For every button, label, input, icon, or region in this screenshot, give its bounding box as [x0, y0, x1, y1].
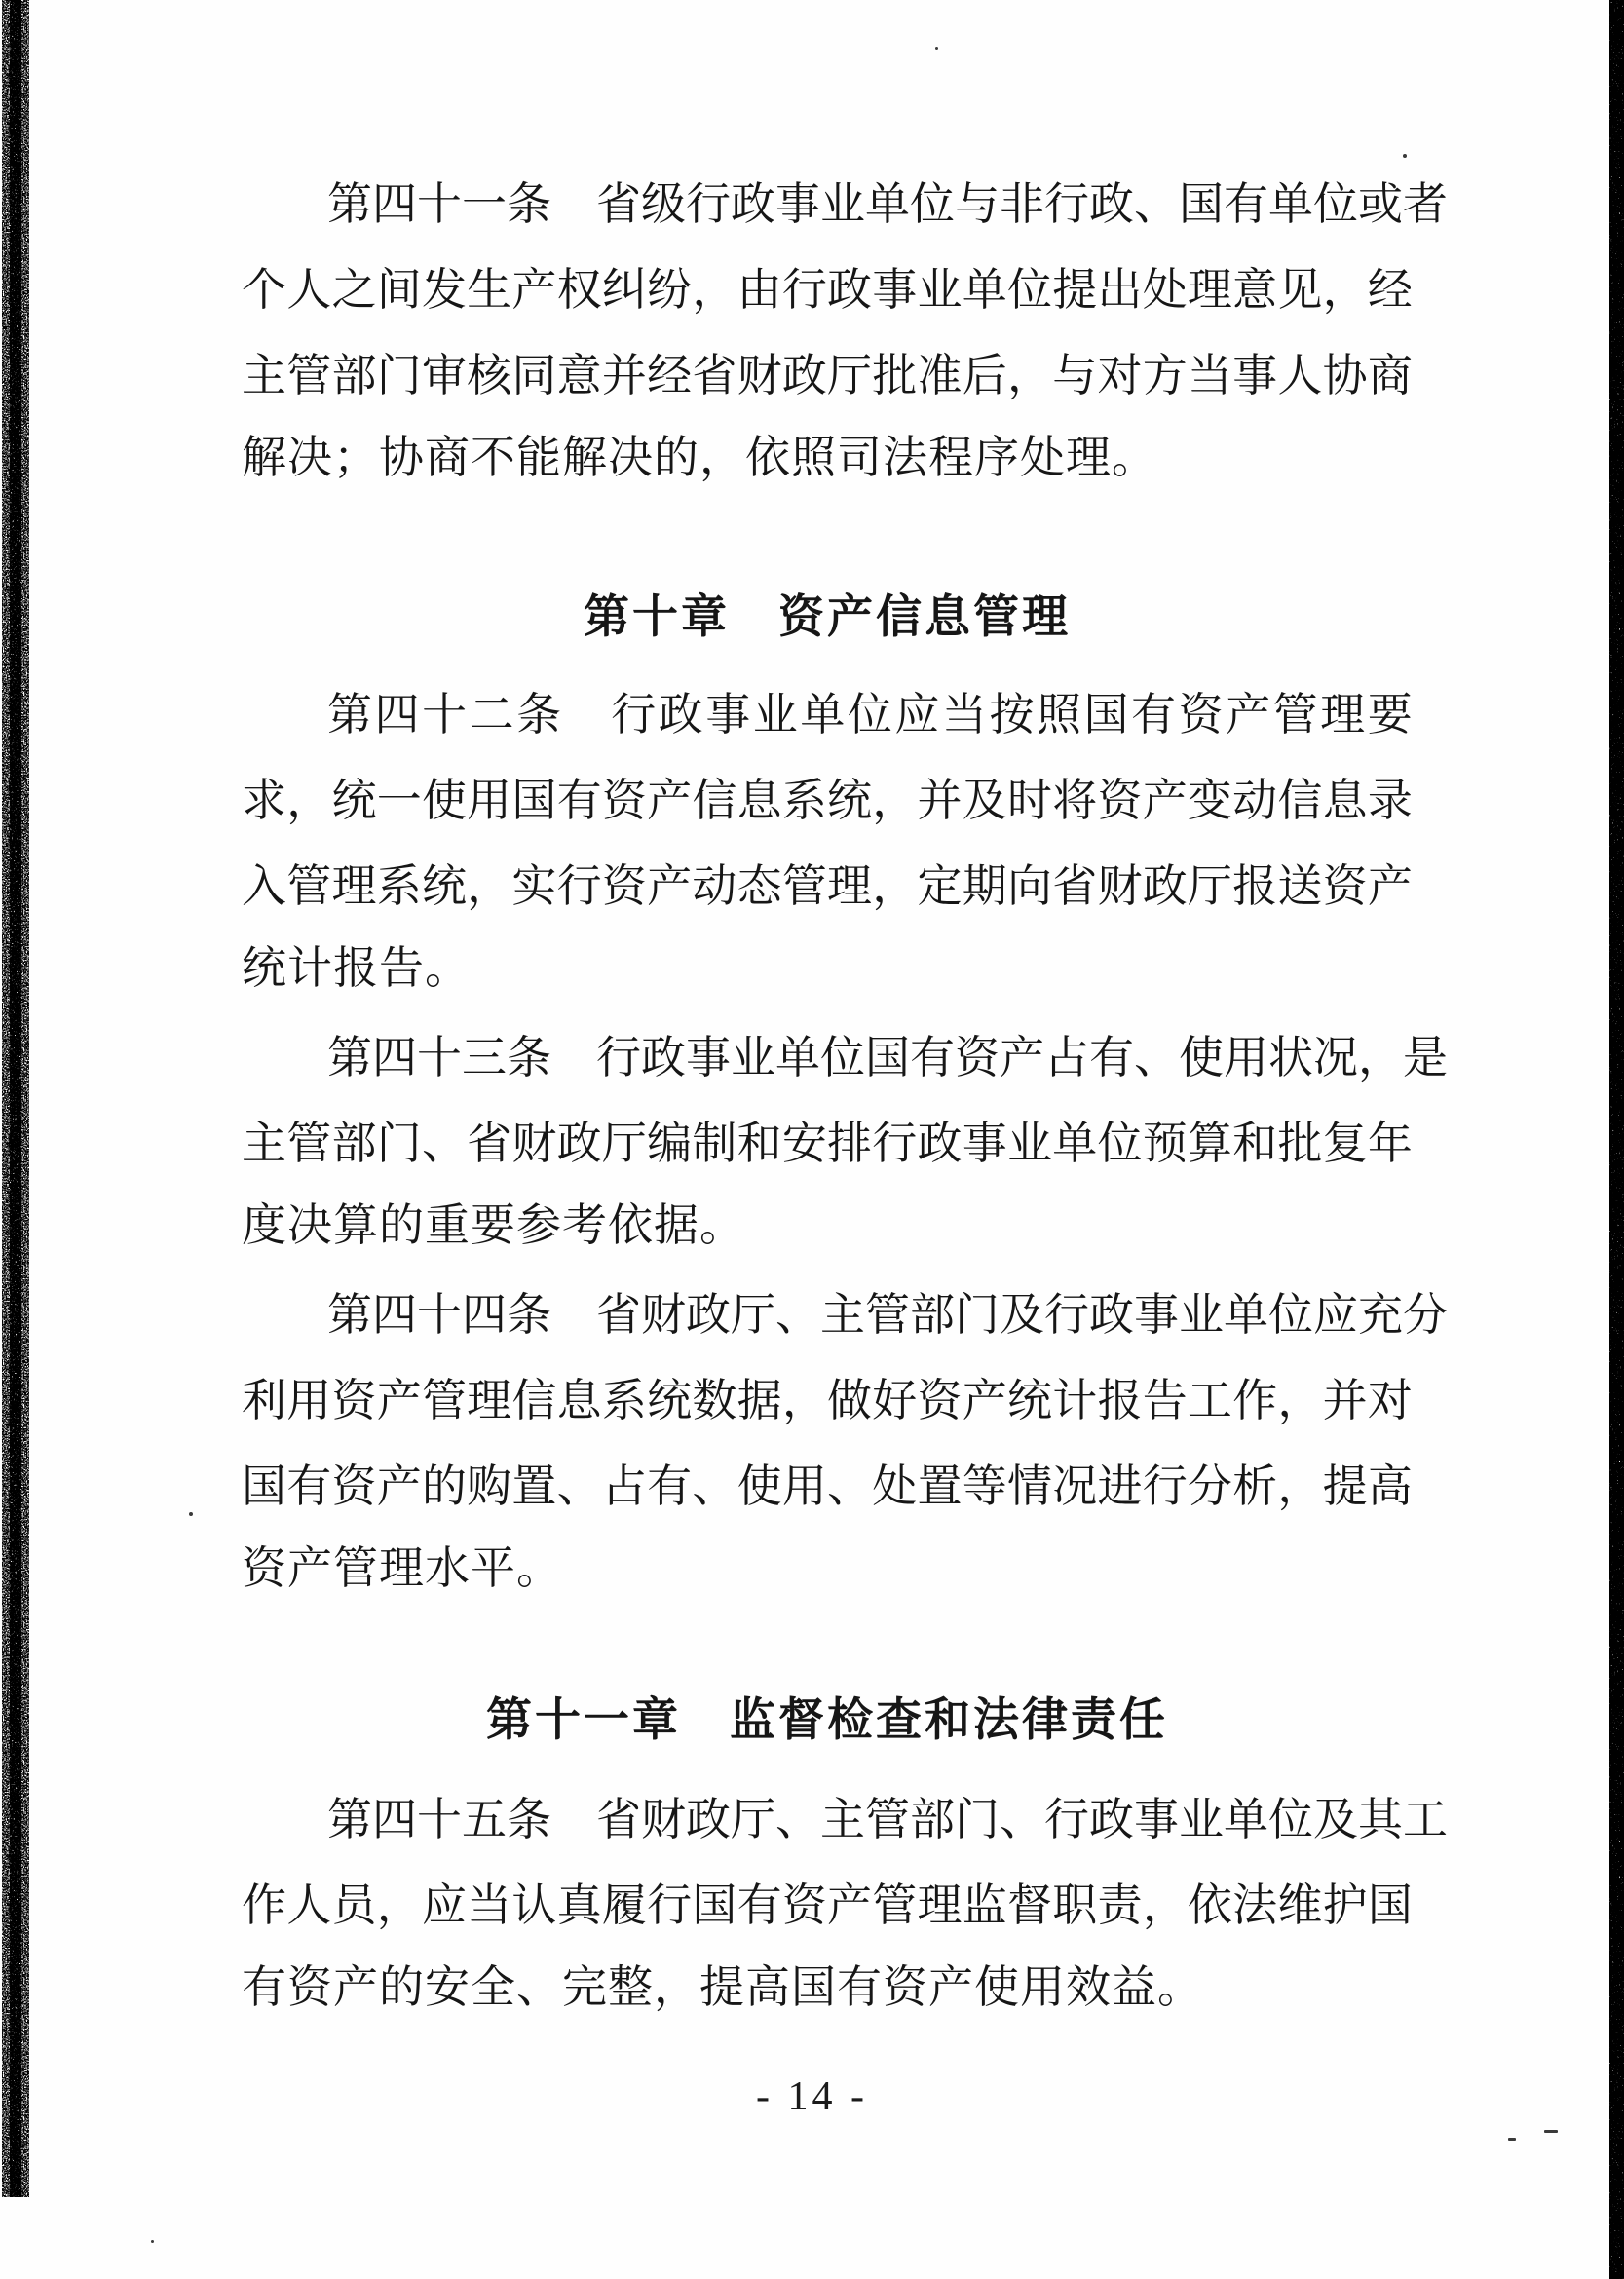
- text-line: 资产管理水平。: [242, 1526, 1413, 1612]
- paragraph-article-45: 第四十五条 省财政厅、主管部门、行政事业单位及其工 作人员，应当认真履行国有资产…: [242, 1773, 1413, 2031]
- text-line: 主管部门审核同意并经省财政厅批准后，与对方当事人协商: [242, 329, 1413, 415]
- page-number: - 14 -: [0, 2073, 1624, 2120]
- paragraph-article-41: 第四十一条 省级行政事业单位与非行政、国有单位或者 个人之间发生产权纠纷，由行政…: [242, 158, 1413, 501]
- scanned-document-page: 第四十一条 省级行政事业单位与非行政、国有单位或者 个人之间发生产权纠纷，由行政…: [0, 0, 1624, 2279]
- text-line: 国有资产的购置、占有、使用、处置等情况进行分析，提高: [242, 1440, 1413, 1526]
- scan-speck: [1508, 2138, 1516, 2141]
- text-line: 第四十三条 行政事业单位国有资产占有、使用状况，是: [242, 1011, 1413, 1097]
- text-line: 第四十五条 省财政厅、主管部门、行政事业单位及其工: [242, 1773, 1413, 1859]
- chapter-10-heading: 第十章 资产信息管理: [242, 575, 1413, 661]
- scan-edge-artifact-right: [1609, 0, 1624, 2279]
- text-line: 第四十四条 省财政厅、主管部门及行政事业单位应充分: [242, 1269, 1413, 1354]
- text-line: 第四十一条 省级行政事业单位与非行政、国有单位或者: [242, 158, 1413, 244]
- text-line: 第四十二条 行政事业单位应当按照国有资产管理要: [242, 668, 1413, 754]
- paragraph-article-43: 第四十三条 行政事业单位国有资产占有、使用状况，是 主管部门、省财政厅编制和安排…: [242, 1011, 1413, 1269]
- text-line: 个人之间发生产权纠纷，由行政事业单位提出处理意见，经: [242, 244, 1413, 329]
- scan-speck: [1544, 2130, 1558, 2133]
- paragraph-article-44: 第四十四条 省财政厅、主管部门及行政事业单位应充分 利用资产管理信息系统数据，做…: [242, 1269, 1413, 1612]
- paragraph-article-42: 第四十二条 行政事业单位应当按照国有资产管理要 求，统一使用国有资产信息系统，并…: [242, 668, 1413, 1011]
- scan-edge-artifact-left: [2, 0, 29, 2197]
- text-line: 主管部门、省财政厅编制和安排行政事业单位预算和批复年: [242, 1097, 1413, 1183]
- text-line: 有资产的安全、完整，提高国有资产使用效益。: [242, 1945, 1413, 2031]
- text-line: 解决；协商不能解决的，依照司法程序处理。: [242, 415, 1413, 501]
- document-body: 第四十一条 省级行政事业单位与非行政、国有单位或者 个人之间发生产权纠纷，由行政…: [242, 0, 1413, 2031]
- chapter-11-heading: 第十一章 监督检查和法律责任: [242, 1678, 1413, 1764]
- text-line: 度决算的重要参考依据。: [242, 1183, 1413, 1269]
- text-line: 利用资产管理信息系统数据，做好资产统计报告工作，并对: [242, 1354, 1413, 1440]
- text-line: 入管理系统，实行资产动态管理，定期向省财政厅报送资产: [242, 840, 1413, 926]
- scan-speck: [151, 2240, 154, 2243]
- text-line: 求，统一使用国有资产信息系统，并及时将资产变动信息录: [242, 754, 1413, 840]
- text-line: 作人员，应当认真履行国有资产管理监督职责，依法维护国: [242, 1859, 1413, 1945]
- text-line: 统计报告。: [242, 926, 1413, 1011]
- scan-speck: [189, 1512, 193, 1516]
